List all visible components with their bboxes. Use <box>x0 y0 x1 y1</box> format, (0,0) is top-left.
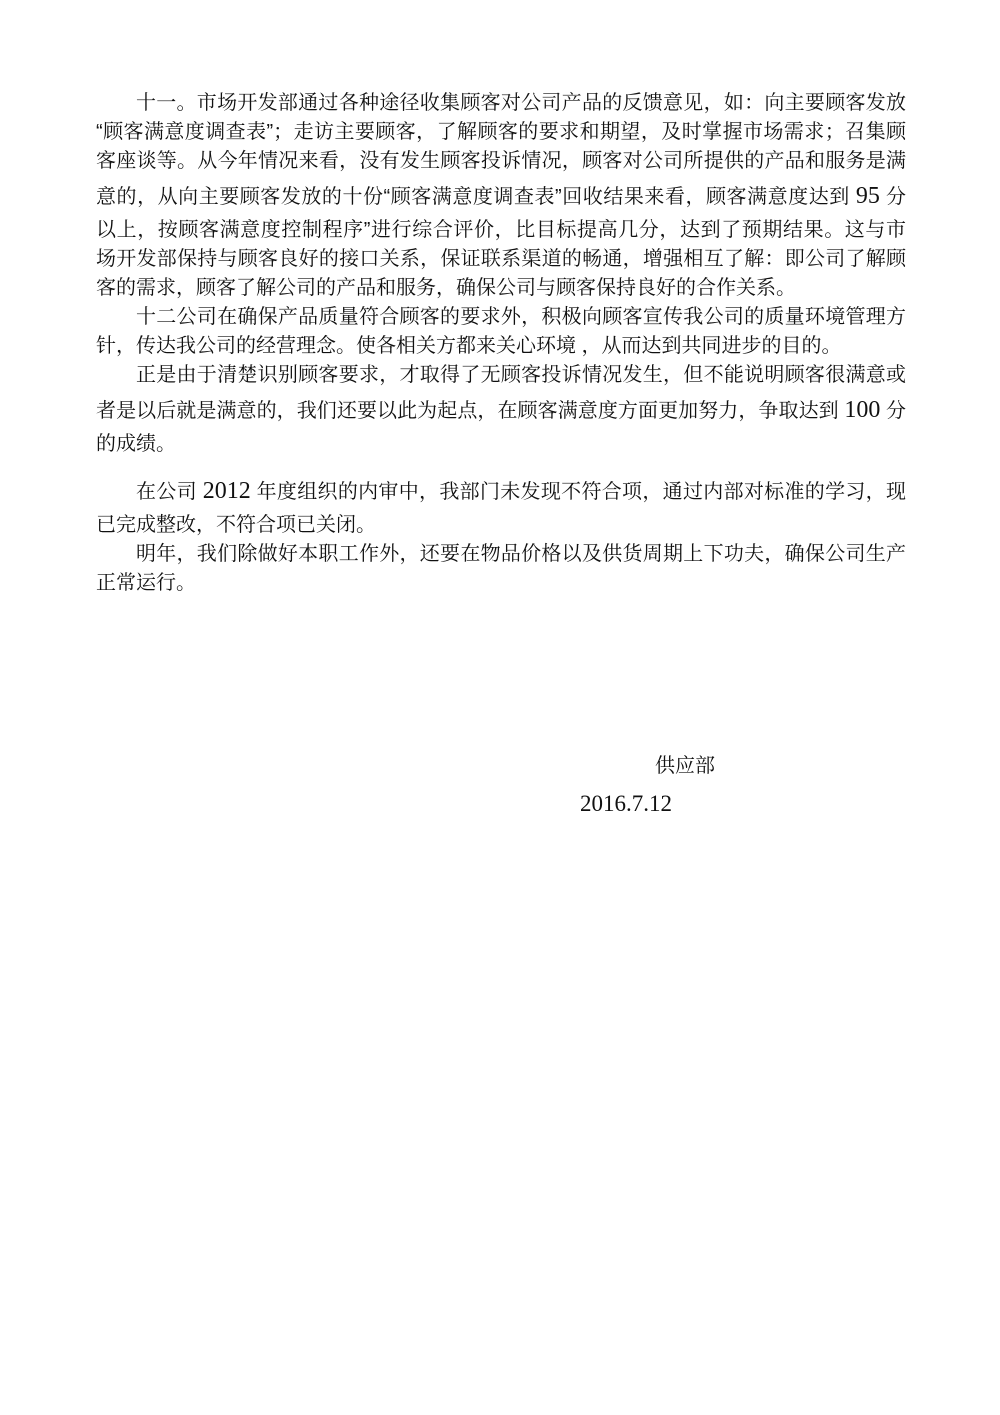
text-line: 场开发部保持与顾客良好的接口关系，保证联系渠道的畅通，增强相互了解：即公司了解顾 <box>96 245 906 274</box>
text-line: “顾客满意度调查表”；走访主要顾客，了解顾客的要求和期望，及时掌握市场需求；召集… <box>96 118 906 147</box>
paragraph-next-year-plan: 明年，我们除做好本职工作外，还要在物品价格以及供货周期上下功夫，确保公司生产 正… <box>96 540 906 598</box>
paragraph-customer-feedback: 十一。市场开发部通过各种途径收集顾客对公司产品的反馈意见，如：向主要顾客发放 “… <box>96 89 906 303</box>
text-line: 客的需求，顾客了解公司的产品和服务，确保公司与顾客保持良好的合作关系。 <box>96 274 906 303</box>
signature-date: 2016.7.12 <box>580 789 672 819</box>
text-line: 十一。市场开发部通过各种途径收集顾客对公司产品的反馈意见，如：向主要顾客发放 <box>96 89 906 118</box>
paragraph-internal-audit: 在公司 2012 年度组织的内审中，我部门未发现不符合项，通过内部对标准的学习，… <box>96 471 906 540</box>
signature-block: 供应部 2016.7.12 <box>96 752 906 819</box>
text-line: 客座谈等。从今年情况来看，没有发生顾客投诉情况，顾客对公司所提供的产品和服务是满 <box>96 147 906 176</box>
text-line: 针，传达我公司的经营理念。使各相关方都来关心环境 ，从而达到共同进步的目的。 <box>96 332 906 361</box>
text-line: 在公司 2012 年度组织的内审中，我部门未发现不符合项，通过内部对标准的学习，… <box>96 471 906 511</box>
text-line: 已完成整改，不符合项已关闭。 <box>96 511 906 540</box>
document-page: 十一。市场开发部通过各种途径收集顾客对公司产品的反馈意见，如：向主要顾客发放 “… <box>0 0 1000 1415</box>
text-line: 正是由于清楚识别顾客要求，才取得了无顾客投诉情况发生，但不能说明顾客很满意或 <box>96 361 906 390</box>
paragraph-customer-requirements: 正是由于清楚识别顾客要求，才取得了无顾客投诉情况发生，但不能说明顾客很满意或 者… <box>96 361 906 459</box>
document-body: 十一。市场开发部通过各种途径收集顾客对公司产品的反馈意见，如：向主要顾客发放 “… <box>96 89 906 819</box>
signature-department: 供应部 <box>655 752 715 781</box>
text-line: 者是以后就是满意的，我们还要以此为起点，在顾客满意度方面更加努力，争取达到 10… <box>96 390 906 430</box>
text-line: 十二公司在确保产品质量符合顾客的要求外，积极向顾客宣传我公司的质量环境管理方 <box>96 303 906 332</box>
text-line: 的成绩。 <box>96 430 906 459</box>
text-line: 明年，我们除做好本职工作外，还要在物品价格以及供货周期上下功夫，确保公司生产 <box>96 540 906 569</box>
text-line: 正常运行。 <box>96 569 906 598</box>
paragraph-quality-policy: 十二公司在确保产品质量符合顾客的要求外，积极向顾客宣传我公司的质量环境管理方 针… <box>96 303 906 361</box>
text-line: 以上，按顾客满意度控制程序”进行综合评价，比目标提高几分，达到了预期结果。这与市 <box>96 216 906 245</box>
text-line: 意的，从向主要顾客发放的十份“顾客满意度调查表”回收结果来看，顾客满意度达到 9… <box>96 176 906 216</box>
